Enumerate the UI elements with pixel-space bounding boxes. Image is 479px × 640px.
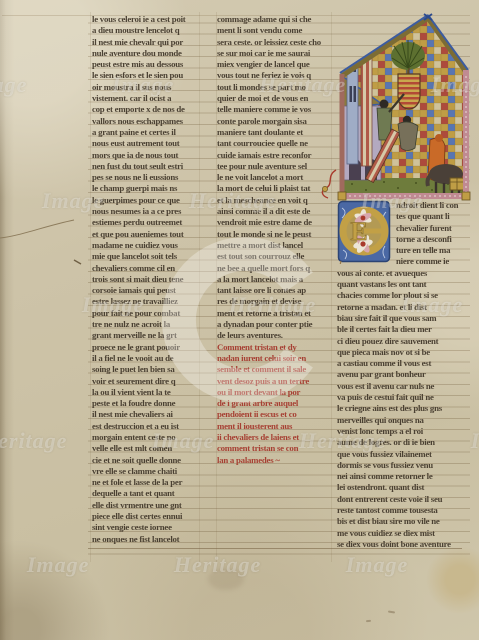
manuscript-text-line: se sur moi car ie me saurai [217, 48, 330, 59]
manuscript-text-line: la mort de celui li plaist tat [217, 183, 330, 194]
manuscript-text-line: vre elle se clamme chaiti [92, 466, 200, 477]
manuscript-text-line: est tout son courrouz elle [217, 251, 330, 262]
manuscript-text-line: corsoie iamais qui peust [92, 285, 200, 296]
text-column-left: le vous celeroi ie a cest poita dieu mou… [92, 14, 200, 545]
manuscript-text-line: estre lassez ne travailliez [92, 296, 200, 307]
manuscript-text-line: tout le monde si ne le peust [217, 229, 330, 240]
rubric-text-line: vent desoz puis a un tertre [217, 376, 330, 387]
rubric-text-line: ou il mort devant la por [217, 387, 330, 398]
manuscript-text-line: biau sire fait il que vous sam [337, 313, 469, 324]
rubric-text-line: semble et comment il sale [217, 364, 330, 375]
manuscript-text-line: le champ guerpi mais ns [92, 183, 200, 194]
manuscript-text-line: vendroit mie estre dame de [217, 217, 330, 228]
manuscript-text-line: vous est il avenu car nuls ne [337, 381, 469, 392]
manuscript-text-line: a dieu moustre lencelot q [92, 25, 200, 36]
manuscript-text-line: a dynadan pour conter ptie [217, 319, 330, 330]
manuscript-text-line: vallors nous eschappames [92, 116, 200, 127]
manuscript-text-line: madame ne cuidiez vous [92, 240, 200, 251]
manuscript-text-line: ndroit dient li con [396, 200, 469, 211]
manuscript-text-line: ture en telle ma [396, 245, 469, 256]
manuscript-text-line: ci dieu pouez dire sauvement [337, 336, 469, 347]
right-full-text: vous ai conte. et avuequesquant vastans … [337, 268, 469, 550]
manuscript-text-line: dont entrerent ceste voie il seu [337, 494, 469, 505]
manuscript-text-line: quant vastans les ont tant [337, 279, 469, 290]
manuscript-text-line: chevaliers comme cil en [92, 263, 200, 274]
manuscript-text-line: nule aventure dou monde [92, 48, 200, 59]
manuscript-text-line: et que pou aueniemes tout [92, 229, 200, 240]
manuscript-text-line: oir moustra il sus nous [92, 82, 200, 93]
manuscript-text-line: mie que lancelot soit tels [92, 251, 200, 262]
manuscript-text-line: dormis se vous fussiez venu [337, 460, 469, 471]
manuscript-text-line: il a fiel ne le vooit au de [92, 353, 200, 364]
manuscript-text-line: velle elle est mlt comen [92, 443, 200, 454]
manuscript-text-line: pour fait ne pour combat [92, 308, 200, 319]
manuscript-text-line: ainsi comme il a dit este de [217, 206, 330, 217]
manuscript-text-line: peust estre mis au dessous [92, 59, 200, 70]
manuscript-text-line: nei ainsi comme retorner le [337, 471, 469, 482]
ink-speck [430, 92, 434, 94]
illuminated-initial: E [337, 200, 393, 264]
rubric-text-line: nadan iurent celui soir en [217, 353, 330, 364]
manuscript-text-line: reste tantost comme tousesta [337, 505, 469, 516]
manuscript-text-line: res de morgain et devise [217, 296, 330, 307]
manuscript-text-line: sint vengie ceste iornee [92, 522, 200, 533]
manuscript-text-line: est destruccion et a eu ist [92, 421, 200, 432]
manuscript-text-line: a la mort lancelot mais a [217, 274, 330, 285]
manuscript-text-line: proece ne le grant pouoir [92, 342, 200, 353]
manuscript-text-line: cuide iamais estre reconfor [217, 150, 330, 161]
manuscript-text-line: que pieca mais nov ot si be [337, 347, 469, 358]
manuscript-text-line: quier de moi et de vous en [217, 93, 330, 104]
manuscript-text-line: le ne voit lancelot a mort [217, 172, 330, 183]
manuscript-text-line: niere comme ie [396, 256, 469, 267]
manuscript-text-line: estiemes perdu outreemet [92, 217, 200, 228]
manuscript-text-line: le criegne ains est des plus gns [337, 403, 469, 414]
manuscript-text-line: tant courrouciee quelle ne [217, 138, 330, 149]
rubric-text-line: de i grant arbre auquel [217, 398, 330, 409]
manuscript-text-line: voir et seurement dire q [92, 376, 200, 387]
manuscript-text-line: tre ne nulz ne acroit la [92, 319, 200, 330]
text-column-middle: commage adame qui si chement li sont ven… [217, 14, 330, 466]
manuscript-text-line: le guerpimes pour ce que [92, 195, 200, 206]
initial-row: E ndroit dient li contes que quant liche… [337, 200, 469, 268]
manuscript-text-line: vous tout ne feriez ie vois q [217, 70, 330, 81]
rubric-text-line: ii chevaliers de laiens et [217, 432, 330, 443]
manuscript-text-line: mettre a mort dist lancel [217, 240, 330, 251]
marginal-flourish [318, 168, 340, 200]
manuscript-text-line: aume de logres. or di ie bien [337, 437, 469, 448]
manuscript-text-line: va puis de cestui fait quil ne [337, 392, 469, 403]
initial-side-text: ndroit dient li contes que quant licheva… [393, 200, 469, 268]
manuscript-text-line: cop et emporte x de nos de [92, 104, 200, 115]
rubric-text-line: lan a palamedes ~ [217, 455, 330, 466]
manuscript-text-line: le sien esfors et le sien pou [92, 70, 200, 81]
manuscript-text-line: grant merveille ne la grt [92, 330, 200, 341]
manuscript-text-line: ne onques ne fist lancelot [92, 534, 200, 545]
manuscript-text-line: vous ai conte. et avueques [337, 268, 469, 279]
manuscript-text-line: chacies comme lor plout si se [337, 290, 469, 301]
manuscript-text-line: bis et dist biau sire mo vile ne [337, 516, 469, 527]
manuscript-text-line: que vous fussiez vilainemet [337, 449, 469, 460]
manuscript-text-line: elle dist vrmentre une gnt [92, 500, 200, 511]
manuscript-text-line: me vous cuidiez se diex mist [337, 528, 469, 539]
manuscript-text-line: ment et retorne a tristan et [217, 308, 330, 319]
manuscript-text-line: conte parole morgain sisa [217, 116, 330, 127]
miniature-illustration [336, 12, 472, 202]
manuscript-text-line: ne et fole et lasse de la per [92, 477, 200, 488]
rubric-text-line: comment tristan se con [217, 443, 330, 454]
initial-letter: E [350, 217, 367, 246]
manuscript-text-line: pes se nous ne li eussions [92, 172, 200, 183]
manuscript-text-line: maniere tant doulante et [217, 127, 330, 138]
rubric-text-line: Comment tristan et dy [217, 342, 330, 353]
manuscript-text-line: peste et la foudre donne [92, 398, 200, 409]
manuscript-text-line: commage adame qui si che [217, 14, 330, 25]
stain [208, 568, 244, 590]
manuscript-text-line: nous nesumes ia a ce pres [92, 206, 200, 217]
manuscript-text-line: dequelle a tant et quant [92, 488, 200, 499]
manuscript-text-line: se diex vous doint bone aventure [337, 539, 469, 550]
manuscript-text-line: le vous celeroi ie a cest poit [92, 14, 200, 25]
manuscript-text-line: ble il certes fait la dieu mer [337, 324, 469, 335]
manuscript-text-line: nen fust du tout seult estri [92, 161, 200, 172]
manuscript-text-line: sera ceste. or leissiez ceste cho [217, 37, 330, 48]
manuscript-text-line: cie et ne soit quelle donne [92, 455, 200, 466]
ink-speck [388, 611, 395, 614]
ruling-vertical [331, 12, 332, 562]
manuscript-text-line: de leurs aventures. [217, 330, 330, 341]
manuscript-text-line: torne a desconfi [396, 234, 469, 245]
manuscript-text-line: tee pour nule aventure sel [217, 161, 330, 172]
parchment-crack [0, 210, 90, 280]
rubric-text-line: ment il iousterent aus [217, 421, 330, 432]
manuscript-text-line: la ou il vient vient la te [92, 387, 200, 398]
rubric-text-line: pendoient ii escus et co [217, 409, 330, 420]
manuscript-text-line: miex vengier de lancel que [217, 59, 330, 70]
manuscript-text-line: a grant paine et certes il [92, 127, 200, 138]
manuscript-text-line: nous eust autrement tout [92, 138, 200, 149]
manuscript-text-line: lei ostendront. quant dist [337, 482, 469, 493]
manuscript-text-line: a castiau comme il vous est [337, 358, 469, 369]
manuscript-text-line: piece elle dist certes ennui [92, 511, 200, 522]
text-column-right: E ndroit dient li contes que quant liche… [337, 200, 469, 550]
manuscript-text-line: avenu par grant bonheur [337, 369, 469, 380]
manuscript-text-line: telle maniere comme ie vos [217, 104, 330, 115]
manuscript-text-line: il nest mie chevaliers ai [92, 409, 200, 420]
manuscript-text-line: merveilles qui onques na [337, 415, 469, 426]
manuscript-text-line: trois sont si mait dieu tene [92, 274, 200, 285]
manuscript-text-line: et la mescheance en voit q [217, 195, 330, 206]
manuscript-page: le vous celeroi ie a cest poita dieu mou… [0, 0, 479, 640]
manuscript-text-line: tant laisse ore li contes ap [217, 285, 330, 296]
middle-black-text: commage adame qui si chement li sont ven… [217, 14, 330, 342]
ruling-vertical [90, 12, 91, 562]
manuscript-text-line: retorne a madan. et li dist [337, 302, 469, 313]
manuscript-text-line: mors que ia de nous tout [92, 150, 200, 161]
manuscript-text-line: venist lonc temps a el roi [337, 426, 469, 437]
manuscript-text-line: vistement. car il ocist a [92, 93, 200, 104]
manuscript-text-line: morgain entent ceste no [92, 432, 200, 443]
middle-rubric-text: Comment tristan et dynadan iurent celui … [217, 342, 330, 466]
manuscript-text-line: tout li mondes se part mo [217, 82, 330, 93]
manuscript-text-line: ne bee a quelle mort fors q [217, 263, 330, 274]
manuscript-text-line: chevalier furent [396, 223, 469, 234]
manuscript-text-line: ment li sont vendu come [217, 25, 330, 36]
manuscript-text-line: il nest mie chevalr qui por [92, 37, 200, 48]
ink-speck [366, 620, 371, 623]
manuscript-text-line: tes que quant li [396, 211, 469, 222]
manuscript-text-line: soing le puet len bien sa [92, 364, 200, 375]
